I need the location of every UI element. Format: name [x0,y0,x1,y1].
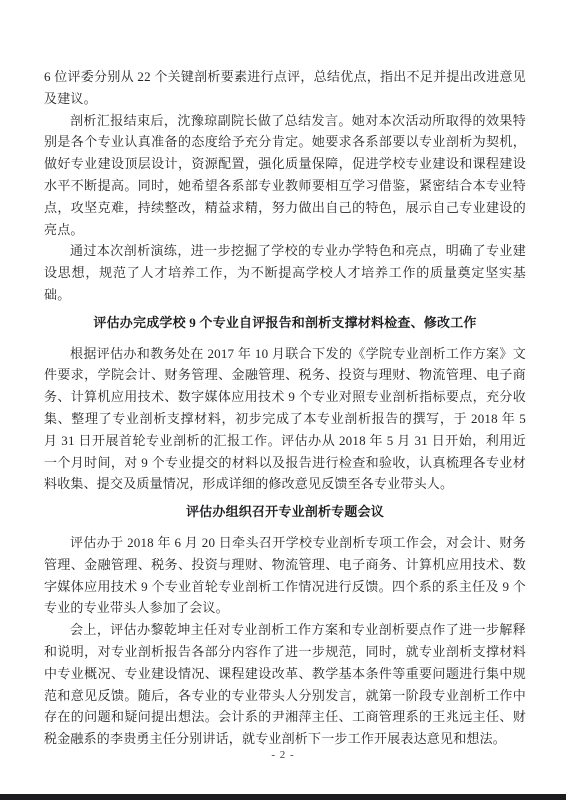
body-paragraph: 评估办于 2018 年 6 月 20 日牵头召开学校专业剖析专项工作会，对会计、… [44,532,526,619]
body-paragraph: 剖析汇报结束后，沈豫琼副院长做了总结发言。她对本次活动所取得的效果特别是各个专业… [44,110,526,241]
body-paragraph: 根据评估办和教务处在 2017 年 10 月联合下发的《学院专业剖析工作方案》文… [44,343,526,496]
page-content: 6 位评委分别从 22 个关键剖析要素进行点评，总结优点，指出不足并提出改进意见… [44,66,526,750]
document-page: 6 位评委分别从 22 个关键剖析要素进行点评，总结优点，指出不足并提出改进意见… [0,0,566,800]
window-bottom-edge [0,794,566,800]
page-number: - 2 - [0,749,566,761]
body-paragraph: 会上，评估办黎乾坤主任对专业剖析工作方案和专业剖析要点作了进一步解释和说明，对专… [44,619,526,750]
section-heading-self-evaluation-report: 评估办完成学校 9 个专业自评报告和剖析支撑材料检查、修改工作 [44,312,526,334]
body-paragraph: 通过本次剖析演练，进一步挖掘了学校的专业办学特色和亮点，明确了专业建设思想，规范… [44,240,526,305]
section-heading-special-meeting: 评估办组织召开专业剖析专题会议 [44,501,526,523]
body-paragraph: 6 位评委分别从 22 个关键剖析要素进行点评，总结优点，指出不足并提出改进意见… [44,66,526,110]
